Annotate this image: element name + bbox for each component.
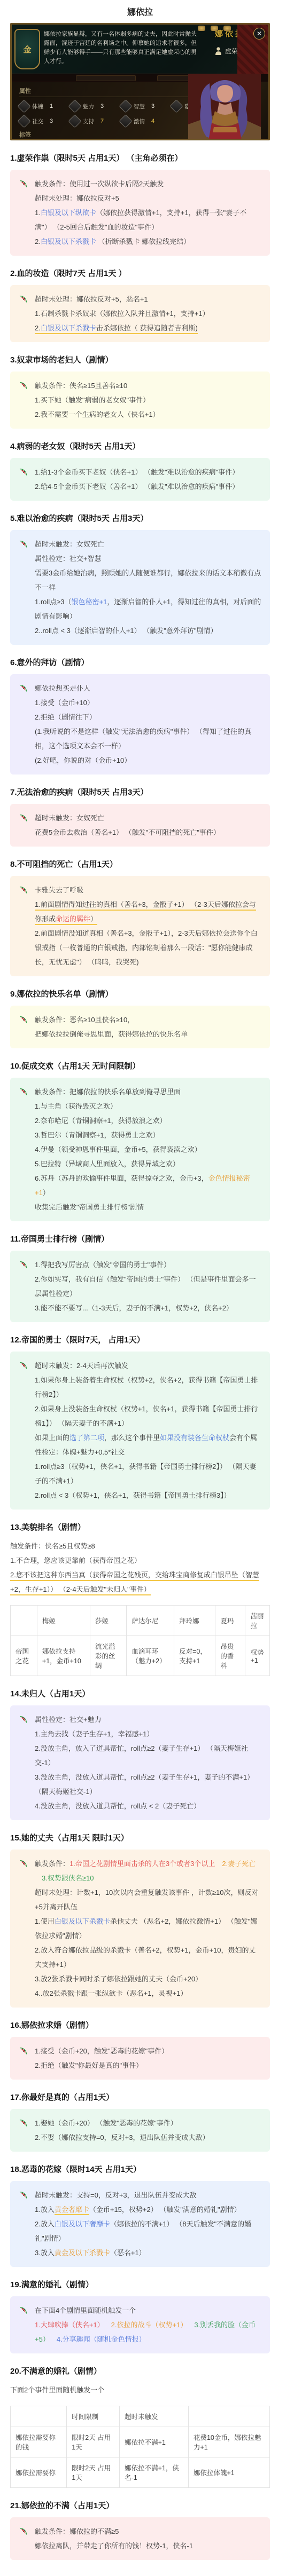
- table-cell: 娜依拉体魄+1: [188, 2458, 269, 2488]
- text-segment: 收集完后触发"帝国勇士排行榜"剧情: [35, 1203, 144, 1211]
- section-13: 13.美貌排名（剧情）触发条件：侠名≥5且权势≥81.不合理，您应该更靠前（获得…: [10, 1521, 270, 1676]
- event-line: 3.能不能不要写...（1-3天后，妻子的不满+1，权势+2，侠名+2）: [35, 1301, 261, 1315]
- event-line: 在下面4个剧情里面随机触发一个: [35, 2303, 261, 2318]
- frame-ornaments: [198, 26, 231, 31]
- text-segment: 在下面4个剧情里面随机触发一个: [35, 2306, 136, 2314]
- attribute-name: 体魄: [32, 102, 43, 110]
- event-line: 收集完后触发"帝国勇士排行榜"剧情: [35, 1200, 261, 1214]
- event-box: 触发条件：把娜依拉的快乐名单放到俺寻思里面1.与主角（获得毁灭之欢）2.奈布哈尼…: [10, 1078, 270, 1221]
- event-line: 3.放入黄金及以下杀戮卡（恶名+1）: [35, 2246, 261, 2260]
- grade-label: 金: [23, 44, 31, 55]
- section-title: 15.她的丈夫（占用1天 限时1天）: [10, 1832, 270, 1843]
- event-line-text: 6.苏丹（苏丹的欢愉事件里面，获得掠夺之欢，金币+3，金色情报秘密+1）: [35, 1174, 250, 1197]
- event-line-text: 1.大肆吹捧（侠名+1） 2.依拉的战斗（权势+1） 3.别丢我的脸（金币+5）…: [35, 2321, 256, 2343]
- event-line: 2.没放主角，放入了道具帮忙，roll点≥2（妻子生存+1） （隔天梅姬社交-1…: [35, 1741, 261, 1770]
- text-segment: 2.如果身上没装备生命权杖（权势+1，侠名+1，获得书籍【帝国勇士排行榜1】） …: [35, 1405, 258, 1427]
- event-line: 1.不合理，您应该更靠前（获得帝国之花）: [10, 1553, 270, 1568]
- event-line: 需要3金币给她治病，照顾她的人随便谁都行，娜依拉来的话文本稍微有点不一样: [35, 566, 261, 595]
- inline-link[interactable]: 选了第二项: [69, 1434, 104, 1442]
- table-header-cell: 茜丽拉: [245, 1606, 270, 1636]
- event-line-text: 5.巴拉特（异域商人里面放入，获得异域之欢）: [35, 1160, 180, 1168]
- watermelon-icon: [18, 683, 28, 693]
- event-line: 1.使用白银及以下杀戮卡杀他丈夫 （恶名+2，娜依拉激情+1） （触发"娜依拉求…: [35, 1914, 261, 1943]
- watermelon-icon: [18, 2046, 28, 2056]
- attribute-name: 魅力: [83, 102, 94, 110]
- text-segment: 2.: [35, 324, 41, 332]
- event-line: 1.大肆吹捧（侠名+1） 2.依拉的战斗（权势+1） 3.别丢我的脸（金币+5）…: [35, 2318, 261, 2346]
- section-title: 17.你最好是真的（占用1天）: [10, 2091, 270, 2103]
- event-line-text: 1.roll点≥3（银色秘密+1，逐渐启智的仆人+1，得知过往的真相，对后面的剧…: [35, 598, 261, 620]
- event-line-text: 如果上面的选了第二项，那么这个事件里如果没有装备生命权杖会有个属性检定：体魄+魅…: [35, 1434, 257, 1456]
- event-line-text: 花费5金币去救治（善名+1） （触发"不可阻挡的死亡"事件）: [35, 828, 220, 836]
- event-box: 1.得把我写厉害点（触发"帝国的勇士"事件）2.你如实写，我有自信（触发"帝国的…: [10, 1251, 270, 1322]
- event-line-text: 2.您不该把这种东西当真（获得帝国之花残页，交给珠宝商修复成白银吊坠（智慧+2，…: [10, 1571, 259, 1595]
- event-line-text: 触发条件：侠名≥5且权势≥8: [10, 1542, 95, 1550]
- event-line: (1.我听说的不是这样（触发"无法治愈的疾病"事件） （得知了过往的真相，这个选…: [35, 724, 261, 753]
- event-line: 1.给1-3个金币买下老奴（侠名+1） （触发"难以治愈的疾病"事件）: [35, 465, 261, 479]
- inline-link[interactable]: 白银及以下杀戮卡: [55, 1917, 110, 1925]
- event-line-text: 2.拒绝（剧情往下）: [35, 713, 96, 721]
- table-row: 帝国之花娜依拉支持+1，金币+10流光溢彩的丝绸血滴耳环（魅力+2）反对=0，支…: [11, 1636, 270, 1676]
- event-box: 超时未处理：娜依拉反对+5，恶名+11.石制杀戮卡杀奴隶（娜依拉入队并且激情+1…: [10, 285, 270, 342]
- event-line: 触发条件：1.帝国之花剧情里面击杀的人在3个或者3个以上 2.妻子死亡 3.权势…: [35, 1856, 261, 1885]
- text-segment: 1.给1-3个金币买下老奴（侠名+1） （触发"难以治愈的疾病"事件）: [35, 468, 239, 476]
- event-line: 1.石制杀戮卡杀奴隶（娜依拉入队并且激情+1，支持+1）: [35, 306, 261, 321]
- event-line: 2.放入白银及以下奢靡卡（娜依拉的不满+1） （8天后触发"不满意的婚礼"剧情）: [35, 2217, 261, 2246]
- event-line-text: 超时未处理：娜依拉反对+5，恶名+1: [35, 295, 148, 303]
- text-segment: 4.伊曼（领受神恩事件里面，金币+5，获得亵渎之欢）: [35, 1145, 202, 1153]
- event-line-text: 1.得把我写厉害点（触发"帝国的勇士"事件）: [35, 1261, 171, 1269]
- inline-link[interactable]: 银色秘密+1: [72, 598, 107, 606]
- event-line-text: 收集完后触发"帝国勇士排行榜"剧情: [35, 1203, 144, 1211]
- event-line: 超时未处理：娜依拉反对+5，恶名+1: [35, 292, 261, 306]
- table-cell: 娜依拉支持+1，金币+10: [37, 1636, 90, 1676]
- section-15: 15.她的丈夫（占用1天 限时1天）触发条件：1.帝国之花剧情里面击杀的人在3个…: [10, 1832, 270, 2008]
- event-box: 触发条件：使用过一次纵欲卡后隔2天触发超时未处理：娜依拉反对+51.白银及以下纵…: [10, 170, 270, 256]
- section-title: 8.不可阻挡的死亡（占用1天）: [10, 858, 270, 870]
- event-line-text: 3.没放主角，没放入道具帮忙，roll点≥2（妻子生存+1，妻子的不满+1） （…: [35, 1773, 254, 1796]
- attribute-name: 支持: [83, 117, 94, 125]
- table-cell: 血滴耳环（魅力+2）: [127, 1636, 174, 1676]
- event-line: 1.roll点≥3（权势+1，侠名+1，获得书籍【帝国勇士排行榜2】） （隔天妻…: [35, 1459, 261, 1488]
- table-header-row: 梅姬莎姬萨达尔尼拜玲娜夏玛茜丽拉: [11, 1606, 270, 1636]
- inline-link[interactable]: 白银及以下纵欲卡: [41, 209, 96, 217]
- attribute-value: 3: [50, 118, 53, 124]
- event-line-text: 触发条件：恶名≥10且侠名≥10，: [35, 1016, 134, 1024]
- text-segment: 黄金奢靡卡: [55, 2206, 89, 2215]
- event-line: 2.你如实写，我有自信（触发"帝国的勇士"事件） （但是事件里面会多一层属性检定…: [35, 1272, 261, 1301]
- text-segment: 超时未处理：娜依拉反对+5: [35, 194, 119, 202]
- section-title: 2.血的妆造（限时7天 占用1天 ）: [10, 267, 270, 279]
- watermelon-icon: [18, 294, 28, 304]
- section-3: 3.奴隶市场的老妇人（剧情）触发条件：侠名≥15且善名≥101.买下她（触发"病…: [10, 354, 270, 429]
- text-segment: 属性检定：社交+智慧: [35, 555, 102, 563]
- section-1: 1.虚荣作祟（限时5天 占用1天） （主角必须在）触发条件：使用过一次纵欲卡后隔…: [10, 152, 270, 256]
- table-header-cell: 梅姬: [37, 1606, 90, 1636]
- stealth-icon: [169, 99, 183, 113]
- event-line: 超时未触发：支持=0，反对+3，退出队伍并变成大敌: [35, 2188, 261, 2202]
- event-line-text: 2.如果身上没装备生命权杖（权势+1，侠名+1，获得书籍【帝国勇士排行榜1】） …: [35, 1405, 258, 1427]
- event-line-text: 2.不娶（娜依拉支持=0，反对+3，退出队伍并变成大敌）: [35, 2134, 210, 2142]
- text-segment: 3.放入: [35, 2249, 55, 2257]
- text-segment: 4.没放主角，没放入道具帮忙，roll点 < 2（妻子死亡）: [35, 1802, 200, 1810]
- text-segment: (1.我听说的不是这样（触发"无法治愈的疾病"事件） （得知了过往的真相，这个选…: [35, 728, 251, 750]
- watermelon-icon: [18, 1714, 28, 1725]
- event-line-text: 2.前面剧情没知道真相（善名+3，金骰子+1），2-3天后娜依拉会送你个白银戒指…: [35, 929, 258, 966]
- table-cell: 娜依拉不满+1，侠名-1: [120, 2458, 189, 2488]
- section-19: 19.满意的婚礼（剧情）在下面4个剧情里面随机触发一个1.大肆吹捧（侠名+1） …: [10, 2279, 270, 2353]
- section-title: 19.满意的婚礼（剧情）: [10, 2279, 270, 2290]
- text-segment: (2.好吧，你说的对（金币+10）: [35, 756, 131, 764]
- event-line-text: 需要3金币给她治病，照顾她的人随便谁都行，娜依拉来的话文本稍微有点不一样: [35, 569, 261, 591]
- event-box: 1.接受（金币+20，触发"恶毒的花嫁"事件）2.拒绝（触发"你最好是真的"事件…: [10, 2037, 270, 2080]
- event-line: 花费5金币去救治（善名+1） （触发"不可阻挡的死亡"事件）: [35, 825, 261, 840]
- watermelon-icon: [18, 1087, 28, 1097]
- event-line-text: 2.奈布哈尼（青铜洞察+1，获得放浪之欢）: [35, 1117, 167, 1125]
- text-segment: 3.没放主角，没放入道具帮忙，roll点≥2（妻子生存+1，妻子的不满+1） （…: [35, 1773, 254, 1796]
- event-line-text: 1.石制杀戮卡杀奴隶（娜依拉入队并且激情+1，支持+1）: [35, 310, 210, 318]
- text-segment: 超时未触发：2-4天后再次触发: [35, 1362, 128, 1370]
- section-11: 11.帝国勇士排行榜（剧情）1.得把我写厉害点（触发"帝国的勇士"事件）2.你如…: [10, 1233, 270, 1322]
- event-line-text: 触发条件：使用过一次纵欲卡后隔2天触发: [35, 180, 164, 188]
- section-21: 21.娜依拉的不满（占用1天）触发条件：娜依拉的不满≥5娜依拉离队，并带走了你所…: [10, 2500, 270, 2560]
- event-line: 4.没放主角，没放入道具帮忙，roll点 < 2（妻子死亡）: [35, 1799, 261, 1813]
- text-segment: 2.依拉的战斗（权势+1）: [111, 2321, 188, 2329]
- event-line-text: 4..放2张杀戮卡跟一张纵欲卡（恶名+1，灵视+1）: [35, 1989, 187, 1997]
- event-line-text: 超时未触发：2-4天后再次触发: [35, 1362, 128, 1370]
- page-title: 娜依拉: [10, 5, 270, 18]
- event-line: 1.如果你身上装备着生命权杖（权势+2，侠名+2，获得书籍【帝国勇士排行榜2】）: [35, 1373, 261, 1402]
- attribute-value: 3: [151, 103, 154, 109]
- event-line-text: 娜依拉想买走仆人: [35, 684, 90, 692]
- text-segment: 1.娶她（金币+20） （触发"恶毒的花嫁"事件）: [35, 2119, 177, 2127]
- text-segment: 2.没放主角，放入了道具帮忙，roll点≥2（妻子生存+1） （隔天梅姬社交-1…: [35, 1744, 248, 1767]
- attribute-name: 智慧: [134, 102, 145, 110]
- event-line-text: 1.白银及以下纵欲卡（娜依拉获得激情+1，支持+1，获得一张"妻子不满"） （2…: [35, 209, 246, 231]
- event-line-text: 超时未触发：支持=0，反对+3，退出队伍并变成大敌: [35, 2191, 197, 2199]
- event-line-text: 1.主角去找（妻子生存+1，幸福感+1）: [35, 1730, 154, 1738]
- section-title: 14.未归人（占用1天）: [10, 1688, 270, 1699]
- text-segment: 1.放入: [35, 2206, 55, 2214]
- text-segment: 1.: [35, 209, 41, 217]
- watermelon-icon: [18, 1859, 28, 1869]
- watermelon-icon: [18, 1361, 28, 1371]
- section-title: 10.促成交欢（占用1天 无时间限制）: [10, 1060, 270, 1071]
- event-line-text: 2.我不需要一个生病的老女人（侠名+1）: [35, 410, 160, 418]
- event-line-text: 1.如果你身上装备着生命权杖（权势+2，侠名+2，获得书籍【帝国勇士排行榜2】）: [35, 1376, 258, 1398]
- table-cell: 权势+1: [245, 1636, 270, 1676]
- event-line: 卡雅失去了呼吸: [35, 883, 261, 897]
- table-header-cell: [188, 2406, 269, 2427]
- event-line: 1.接受（金币+20，触发"恶毒的花嫁"事件）: [35, 2044, 261, 2058]
- text-segment: ，那么这个事件里: [104, 1434, 160, 1442]
- event-line-text: 1.接受（金币+10）: [35, 699, 94, 707]
- event-line-text: 1.与主角（获得毁灭之欢）: [35, 1102, 117, 1110]
- text-segment: 触发条件：侠名≥15且善名≥10: [35, 382, 127, 390]
- event-line-text: 1.不合理，您应该更靠前（获得帝国之花）: [10, 1556, 141, 1564]
- event-line-text: 触发条件：把娜依拉的快乐名单放到俺寻思里面: [35, 1088, 181, 1096]
- attribute-item: 智慧3: [121, 101, 172, 111]
- event-box: 超时未触发：女奴死亡花费5金币去救治（善名+1） （触发"不可阻挡的死亡"事件）: [10, 804, 270, 847]
- event-line-text: 属性检定：社交+魅力: [35, 1716, 102, 1724]
- text-segment: 3.放2张杀戮卡同时杀了娜依拉跟她的丈夫（金币+20）: [35, 1975, 202, 1983]
- text-segment: 1.主角去找（妻子生存+1，幸福感+1）: [35, 1730, 154, 1738]
- table-cell: 限时2天 占用1天: [67, 2427, 120, 2458]
- text-segment: 触发条件：把娜依拉的快乐名单放到俺寻思里面: [35, 1088, 181, 1096]
- event-line: 1.roll点≥3（银色秘密+1，逐渐启智的仆人+1，得知过往的真相，对后面的剧…: [35, 595, 261, 623]
- event-line-text: 超时未触发：女奴死亡: [35, 540, 104, 548]
- event-line-text: 1.前面剧情得知过往的真相（善名+3，金骰子+1） （2-3天后娜依拉会与你形成…: [35, 900, 256, 925]
- inline-link[interactable]: 如果没有装备生命权杖: [160, 1434, 229, 1442]
- event-line: 5.巴拉特（异域商人里面放入，获得异域之欢）: [35, 1157, 261, 1171]
- event-line: 触发条件：娜依拉的不满≥5: [35, 2524, 261, 2539]
- watermelon-icon: [18, 1015, 28, 1025]
- event-line-text: 超时未处理：娜依拉反对+5: [35, 194, 119, 202]
- event-line-text: 2.白银及以下杀戮卡击杀娜依拉（ 获得追随者吉利斯): [35, 324, 198, 334]
- text-segment: （恶名+1）: [110, 2249, 146, 2257]
- section-5: 5.难以治愈的疾病（限时5天 占用3天）超时未触发：女奴死亡属性检定：社交+智慧…: [10, 512, 270, 645]
- text-segment: 触发条件：: [35, 1860, 69, 1868]
- text-segment: 超时未触发：支持=0，反对+3，退出队伍并变成大敌: [35, 2191, 197, 2199]
- table-header-cell: [11, 1606, 37, 1636]
- text-segment: 2.我不需要一个生病的老女人（侠名+1）: [35, 410, 160, 418]
- section-6: 6.意外的拜访（剧情）娜依拉想买走仆人1.接受（金币+10）2.拒绝（剧情往下）…: [10, 657, 270, 775]
- attribute-name: 社交: [32, 117, 43, 125]
- event-box: 1.娶她（金币+20） （触发"恶毒的花嫁"事件）2.不娶（娜依拉支持=0，反对…: [10, 2109, 270, 2152]
- table-header-cell: [11, 2406, 67, 2427]
- event-line: 触发条件：侠名≥15且善名≥10: [35, 378, 261, 393]
- event-line-text: 2.给4-5个金币买下老奴（善名+1） （触发"难以治愈的疾病"事件）: [35, 483, 239, 491]
- event-line-text: 触发条件：娜依拉的不满≥5: [35, 2527, 119, 2535]
- attribute-name: 激情: [134, 117, 145, 125]
- text-segment: 2.拒绝（触发"你最好是真的"事件）: [35, 2061, 143, 2069]
- event-line-text: (1.我听说的不是这样（触发"无法治愈的疾病"事件） （得知了过往的真相，这个选…: [35, 728, 251, 750]
- text-segment: 超时未触发：女奴死亡: [35, 814, 104, 822]
- event-line-text: 在下面4个剧情里面随机触发一个: [35, 2306, 136, 2314]
- event-line: 下面2个事件里面随机触发一个: [10, 2383, 270, 2397]
- event-line-text: 2.放入白银及以下奢靡卡（娜依拉的不满+1） （8天后触发"不满意的婚礼"剧情）: [35, 2220, 251, 2242]
- text-segment: 2.放入符合娜依拉品级的杀戮卡（善名+2，权势+1，金币+10，贵妇的丈夫支持+…: [35, 1946, 256, 1969]
- passion-icon: [119, 114, 132, 128]
- event-line-text: 1.接受（金币+20，触发"恶毒的花嫁"事件）: [35, 2047, 168, 2055]
- event-line-text: 4.没放主角，没放入道具帮忙，roll点 < 2（妻子死亡）: [35, 1802, 200, 1810]
- text-segment: 5.巴拉特（异域商人里面放入，获得异域之欢）: [35, 1160, 180, 1168]
- text-segment: 1.接受（金币+20，触发"恶毒的花嫁"事件）: [35, 2047, 168, 2055]
- divider-line: [19, 97, 188, 97]
- text-segment: 1.roll点≥3（: [35, 598, 72, 606]
- event-line: 超时未处理：娜依拉反对+5: [35, 191, 261, 206]
- text-segment: 1.石制杀戮卡杀奴隶（娜依拉入队并且激情+1，支持+1）: [35, 310, 210, 318]
- text-segment: 下面2个事件里面随机触发一个: [10, 2386, 104, 2394]
- text-segment: 超时未处理：娜依拉反对+5，恶名+1: [35, 295, 148, 303]
- event-line: 如果上面的选了第二项，那么这个事件里如果没有装备生命权杖会有个属性检定：体魄+魅…: [35, 1431, 261, 1459]
- event-line: 2..roll点 < 3（逐渐启智的仆人+1） （触发"意外拜访"剧情）: [35, 623, 261, 638]
- text-segment: 2.妻子死亡: [222, 1860, 256, 1868]
- event-line: 2.您不该把这种东西当真（获得帝国之花残页，交给珠宝商修复成白银吊坠（智慧+2，…: [10, 1568, 270, 1597]
- event-line: 触发条件：使用过一次纵欲卡后隔2天触发: [35, 177, 261, 191]
- event-box: 触发条件：1.帝国之花剧情里面击杀的人在3个或者3个以上 2.妻子死亡 3.权势…: [10, 1850, 270, 2008]
- watermelon-icon: [18, 885, 28, 895]
- text-segment: 把娜依拉拉倒俺寻思里面，获得娜依拉的快乐名单: [35, 1030, 188, 1038]
- event-line-text: 2.没放主角，放入了道具帮忙，roll点≥2（妻子生存+1） （隔天梅姬社交-1…: [35, 1744, 248, 1767]
- event-line-text: 2..roll点 < 3（逐渐启智的仆人+1） （触发"意外拜访"剧情）: [35, 627, 218, 635]
- event-box: 在下面4个剧情里面随机触发一个1.大肆吹捧（侠名+1） 2.依拉的战斗（权势+1…: [10, 2296, 270, 2353]
- text-segment: 2.roll点 < 3（权势+1，侠名+1，获得书籍【帝国勇士排行榜3】）: [35, 1491, 231, 1499]
- section-plain-text: 触发条件：侠名≥5且权势≥81.不合理，您应该更靠前（获得帝国之花）2.您不该把…: [10, 1539, 270, 1597]
- text-segment: 娜依拉想买走仆人: [35, 684, 90, 692]
- table-cell: 娜依拉需要你: [11, 2458, 67, 2488]
- table-cell: 昂贵的香料: [215, 1636, 245, 1676]
- section-title: 3.奴隶市场的老妇人（剧情）: [10, 354, 270, 365]
- event-line-text: 1.放入黄金奢靡卡（金币+15，权势+2） （触发"满意的婚礼"剧情）: [35, 2206, 241, 2215]
- physique-icon: [17, 99, 30, 113]
- section-20: 20.不满意的婚礼（剧情）下面2个事件里面随机触发一个时间限制超时未触发娜依拉需…: [10, 2365, 270, 2488]
- section-title: 11.帝国勇士排行榜（剧情）: [10, 1233, 270, 1244]
- section-18: 18.恶毒的花嫁（限时14天 占用1天）超时未触发：支持=0，反对+3，退出队伍…: [10, 2163, 270, 2267]
- text-segment: 娜依拉离队，并带走了你所有的钱！权势-1，侠名-1: [35, 2542, 193, 2550]
- event-box: 卡雅失去了呼吸1.前面剧情得知过往的真相（善名+3，金骰子+1） （2-3天后娜…: [10, 876, 270, 976]
- text-segment: ）: [43, 1189, 50, 1197]
- event-line-text: 2.拒绝（触发"你最好是真的"事件）: [35, 2061, 143, 2069]
- text-segment: 需要3金币给她治病，照顾她的人随便谁都行，娜依拉来的话文本稍微有点不一样: [35, 569, 261, 591]
- attribute-item: 支持7: [70, 116, 121, 126]
- attribute-item: 社交3: [19, 116, 70, 126]
- event-line: 1.与主角（获得毁灭之欢）: [35, 1099, 261, 1113]
- event-line-text: 1.娶她（金币+20） （触发"恶毒的花嫁"事件）: [35, 2119, 177, 2127]
- attribute-item: 激情4: [121, 116, 172, 126]
- section-title: 5.难以治愈的疾病（限时5天 占用3天）: [10, 512, 270, 524]
- text-segment: 1.与主角（获得毁灭之欢）: [35, 1102, 117, 1110]
- text-segment: 超时未处理：计数+1，10次以内会重复触发该事件 ，计数≥10次，则反对+5并离…: [35, 1888, 259, 1911]
- event-line: 把娜依拉拉倒俺寻思里面，获得娜依拉的快乐名单: [35, 1027, 261, 1041]
- event-line: 2.roll点 < 3（权势+1，侠名+1，获得书籍【帝国勇士排行榜3】）: [35, 1488, 261, 1503]
- text-segment: （金币+15，权势+2） （触发"满意的婚礼"剧情）: [89, 2206, 241, 2214]
- text-segment: 卡雅失去了呼吸: [35, 886, 83, 894]
- table-cell: 花费10金币，娜依拉魅力+1: [188, 2427, 269, 2458]
- event-line: (2.好吧，你说的对（金币+10）: [35, 753, 261, 768]
- section-16: 16.娜依拉求婚（剧情）1.接受（金币+20，触发"恶毒的花嫁"事件）2.拒绝（…: [10, 2019, 270, 2080]
- text-segment: 4..放2张杀戮卡跟一张纵欲卡（恶名+1，灵视+1）: [35, 1989, 187, 1997]
- event-line: 2.我不需要一个生病的老女人（侠名+1）: [35, 407, 261, 422]
- event-line: 属性检定：社交+魅力: [35, 1712, 261, 1727]
- watermelon-icon: [18, 467, 28, 477]
- event-line-text: (2.好吧，你说的对（金币+10）: [35, 756, 131, 764]
- event-line: 2.拒绝（触发"你最好是真的"事件）: [35, 2058, 261, 2073]
- table-cell: 娜依拉需要你的钱: [11, 2427, 67, 2458]
- close-button[interactable]: ✕: [253, 28, 265, 39]
- section-title: 12.帝国的勇士（限时7天， 占用1天）: [10, 1334, 270, 1345]
- table-header-cell: 萨达尔尼: [127, 1606, 174, 1636]
- text-segment: 3.权势跟侠名≥10: [42, 1874, 94, 1882]
- support-icon: [68, 114, 81, 128]
- event-line: 2.不娶（娜依拉支持=0，反对+3，退出队伍并变成大敌）: [35, 2130, 261, 2145]
- attribute-value: 7: [100, 118, 104, 124]
- watermelon-icon: [18, 2190, 28, 2200]
- watermelon-icon: [18, 2526, 28, 2537]
- text-segment: 3.能不能不要写...（1-3天后，妻子的不满+1，权势+2，侠名+2）: [35, 1304, 233, 1312]
- event-box: 超时未触发：女奴死亡属性检定：社交+智慧需要3金币给她治病，照顾她的人随便谁都行…: [10, 530, 270, 645]
- inline-link[interactable]: 白银及以下奢靡卡: [55, 2220, 110, 2228]
- event-line-text: 1.给1-3个金币买下老奴（侠名+1） （触发"难以治愈的疾病"事件）: [35, 468, 239, 476]
- event-line: 触发条件：侠名≥5且权势≥8: [10, 1539, 270, 1553]
- section-title: 20.不满意的婚礼（剧情）: [10, 2365, 270, 2376]
- wisdom-icon: [119, 99, 132, 113]
- section-plain-text: 下面2个事件里面随机触发一个: [10, 2383, 270, 2397]
- character-art: [188, 74, 261, 140]
- inline-link[interactable]: 白银及以下杀戮卡: [41, 238, 96, 246]
- card-header: 娜依拉家族显赫，又有一名体弱多病的丈夫，因此时常抛头露面，混迹于宫廷的名利场之中…: [12, 25, 268, 74]
- event-line: 超时未触发：女奴死亡: [35, 537, 261, 551]
- social-icon: [17, 114, 30, 128]
- watermelon-icon: [18, 2118, 28, 2128]
- event-line-text: 触发条件：侠名≥15且善名≥10: [35, 382, 127, 390]
- event-line-text: 2.你如实写，我有自信（触发"帝国的勇士"事件） （但是事件里面会多一层属性检定…: [35, 1275, 256, 1298]
- table-row: 娜依拉需要你限时2天 占用1天娜依拉不满+1，侠名-1娜依拉体魄+1: [11, 2458, 270, 2488]
- text-segment: 2.你如实写，我有自信（触发"帝国的勇士"事件） （但是事件里面会多一层属性检定…: [35, 1275, 256, 1298]
- inline-link[interactable]: 4.分享趣闻（随机金色情报）: [57, 2335, 146, 2343]
- table-cell: 帝国之花: [11, 1636, 37, 1676]
- event-line: 娜依拉想买走仆人: [35, 681, 261, 696]
- event-line-text: 超时未触发：女奴死亡: [35, 814, 104, 822]
- sections: 1.虚荣作祟（限时5天 占用1天） （主角必须在）触发条件：使用过一次纵欲卡后隔…: [10, 152, 270, 2560]
- section-8: 8.不可阻挡的死亡（占用1天）卡雅失去了呼吸1.前面剧情得知过往的真相（善名+3…: [10, 858, 270, 976]
- attribute-value: 1: [50, 103, 53, 109]
- section-title: 7.无法治愈的疾病（限时5天 占用3天）: [10, 786, 270, 797]
- event-line-text: 超时未处理：计数+1，10次以内会重复触发该事件 ，计数≥10次，则反对+5并离…: [35, 1888, 259, 1911]
- watermelon-icon: [18, 813, 28, 823]
- event-line-text: 1.使用白银及以下杀戮卡杀他丈夫 （恶名+2，娜依拉激情+1） （触发"娜依拉求…: [35, 1917, 257, 1940]
- text-segment: 属性检定：社交+魅力: [35, 1716, 102, 1724]
- event-line: 3.放2张杀戮卡同时杀了娜依拉跟她的丈夫（金币+20）: [35, 1972, 261, 1986]
- section-10: 10.促成交欢（占用1天 无时间限制）触发条件：把娜依拉的快乐名单放到俺寻思里面…: [10, 1060, 270, 1221]
- event-line: 6.苏丹（苏丹的欢愉事件里面，获得掠夺之欢，金币+3，金色情报秘密+1）: [35, 1171, 261, 1200]
- text-segment: 触发条件：使用过一次纵欲卡后隔2天触发: [35, 180, 164, 188]
- text-segment: 1.接受（金币+10）: [35, 699, 94, 707]
- table-cell: 反对=0，支持+1: [174, 1636, 215, 1676]
- text-segment: 击杀娜依拉（ 获得追随者吉利斯): [96, 324, 198, 332]
- event-line: 触发条件：恶名≥10且侠名≥10，: [35, 1013, 261, 1027]
- section-title: 9.娜依拉的快乐名单（剧情）: [10, 988, 270, 999]
- event-box: 超时未触发：2-4天后再次触发1.如果你身上装备着生命权杖（权势+2，侠名+2，…: [10, 1352, 270, 1510]
- event-line: 触发条件：把娜依拉的快乐名单放到俺寻思里面: [35, 1085, 261, 1099]
- text-segment: 1.得把我写厉害点（触发"帝国的勇士"事件）: [35, 1261, 171, 1269]
- text-segment: 1.如果你身上装备着生命权杖（权势+2，侠名+2，获得书籍【帝国勇士排行榜2】）: [35, 1376, 258, 1398]
- section-12: 12.帝国的勇士（限时7天， 占用1天）超时未触发：2-4天后再次触发1.如果你…: [10, 1334, 270, 1510]
- event-line: 2.给4-5个金币买下老奴（善名+1） （触发"难以治愈的疾病"事件）: [35, 479, 261, 494]
- event-line: 2.奈布哈尼（青铜洞察+1，获得放浪之欢）: [35, 1113, 261, 1128]
- event-line: 2.白银及以下杀戮卡击杀娜依拉（ 获得追随者吉利斯): [35, 321, 261, 335]
- event-line: 4..放2张杀戮卡跟一张纵欲卡（恶名+1，灵视+1）: [35, 1986, 261, 2001]
- text-segment: 1.roll点≥3（权势+1，侠名+1，获得书籍【帝国勇士排行榜2】） （隔天妻…: [35, 1463, 257, 1485]
- text-segment: 触发条件：侠名≥5且权势≥8: [10, 1542, 95, 1550]
- text-segment: 2.不娶（娜依拉支持=0，反对+3，退出队伍并变成大敌）: [35, 2134, 210, 2142]
- section-title: 6.意外的拜访（剧情）: [10, 657, 270, 668]
- text-segment: 触发条件：恶名≥10且侠名≥10，: [35, 1016, 134, 1024]
- text-segment: 2.拒绝（剧情往下）: [35, 713, 96, 721]
- event-box: 属性检定：社交+魅力1.主角去找（妻子生存+1，幸福感+1）2.没放主角，放入了…: [10, 1705, 270, 1820]
- table-header-cell: 超时未触发: [120, 2406, 189, 2427]
- event-box: 触发条件：侠名≥15且善名≥101.买下她（触发"病弱的老女奴"事件）2.我不需…: [10, 372, 270, 429]
- character-description: 娜依拉家族显赫，又有一名体弱多病的丈夫，因此时常抛头露面，混迹于宫廷的名利场之中…: [44, 25, 205, 74]
- text-segment: ）: [90, 915, 97, 923]
- event-box: 触发条件：娜依拉的不满≥5娜依拉离队，并带走了你所有的钱！权势-1，侠名-1: [10, 2517, 270, 2560]
- event-line: 4.伊曼（领受神恩事件里面，金币+5，获得亵渎之欢）: [35, 1142, 261, 1157]
- section-4: 4.病弱的老女奴（限时5天 占用1天）1.给1-3个金币买下老奴（侠名+1） （…: [10, 440, 270, 501]
- event-line: 属性检定：社交+智慧: [35, 551, 261, 566]
- attribute-item: 体魄1: [19, 101, 70, 111]
- event-line-text: 3.放入黄金及以下杀戮卡（恶名+1）: [35, 2249, 146, 2257]
- inline-link[interactable]: 白银及以下杀戮卡: [41, 324, 96, 332]
